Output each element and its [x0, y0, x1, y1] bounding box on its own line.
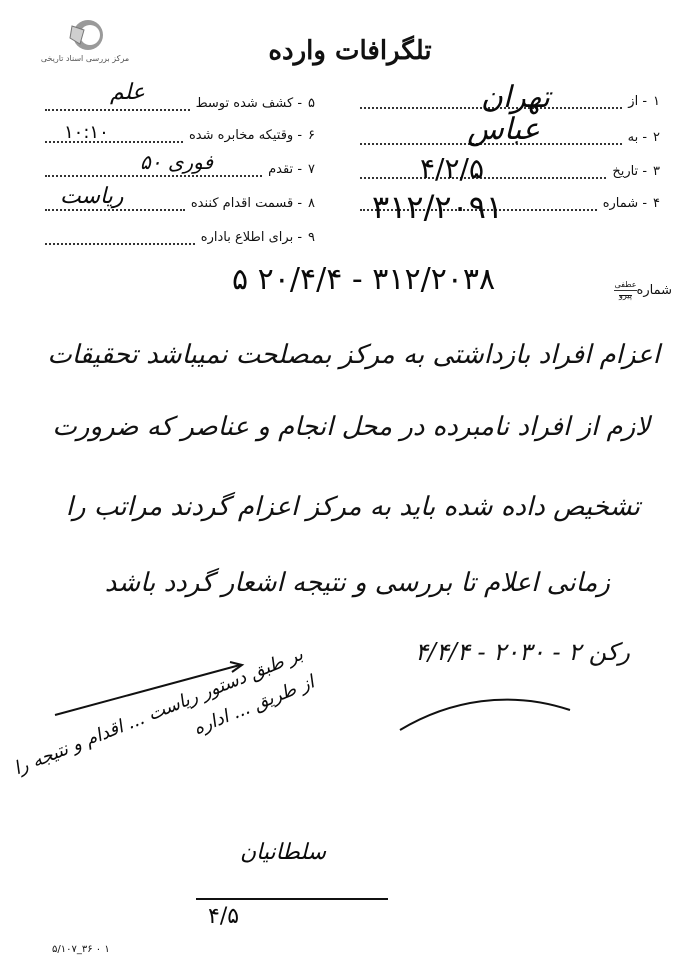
field-value-line — [45, 231, 195, 245]
field-number: ۸ — [308, 196, 315, 211]
reference-label: شماره عطفی پیرو — [612, 280, 672, 301]
signature-name: سلطانیان — [240, 840, 326, 865]
page-fraction: ۴/۵ — [208, 904, 239, 929]
field-decoded-by: ۵ - کشف شده توسط — [45, 96, 315, 111]
field-date: ۳ - تاریخ — [360, 164, 660, 179]
field-label: قسمت اقدام کننده — [191, 196, 293, 211]
field-from-value: تهران — [481, 80, 550, 115]
field-date-value: ۴/۲/۵ — [420, 152, 484, 185]
document-title: تلگرافات وارده — [0, 36, 700, 66]
margin-arrow — [50, 660, 250, 720]
field-to-value: عباس — [467, 112, 540, 147]
field-number-value: ۳۱۲/۲۰۹۱ — [372, 188, 503, 226]
field-priority-value: فوری ۵۰ — [140, 150, 213, 174]
field-transmitted-time-value: ۱۰:۱۰ — [64, 122, 109, 143]
archive-code: ۵/۱۰۷_۳۶ ۰ ۱ — [52, 944, 110, 955]
reference-fraction: عطفی پیرو — [614, 280, 636, 301]
field-number: ۶ — [308, 128, 315, 143]
body-line: تشخیص داده شده باید به مرکز اعزام گردند … — [66, 492, 640, 522]
reference-fraction-top: عطفی — [614, 280, 636, 291]
body-line: اعزام افراد بازداشتی به مرکز بمصلحت نمیب… — [47, 340, 660, 370]
field-label: وقتیکه مخابره شده — [189, 128, 293, 143]
field-number: ۲ — [653, 130, 660, 145]
body-line: زمانی اعلام تا بررسی و نتیجه اشعار گردد … — [105, 568, 610, 598]
field-label: تقدم — [268, 162, 293, 177]
field-number: ۱ — [653, 94, 660, 109]
field-label: کشف شده توسط — [196, 96, 294, 111]
reference-label-text: شماره — [637, 283, 672, 298]
field-label: به — [628, 130, 639, 145]
field-action-section-value: ریاست — [60, 184, 124, 209]
field-decoded-by-value: علم — [110, 80, 145, 105]
signature-line — [196, 898, 388, 900]
field-number: ۷ — [308, 162, 315, 177]
field-number: ۵ — [308, 96, 315, 111]
body-closing: رکن ۲ - ۲۰۳۰ - ۴/۴/۴ — [415, 638, 630, 666]
closing-flourish — [390, 680, 580, 740]
field-label: برای اطلاع باداره — [201, 230, 293, 245]
field-label: تاریخ — [612, 164, 638, 179]
field-label: از — [628, 94, 638, 109]
field-number: ۳ — [653, 164, 660, 179]
field-label: شماره — [603, 196, 638, 211]
body-line: لازم از افراد نامبرده در محل انجام و عنا… — [52, 412, 650, 442]
field-number: ۹ — [308, 230, 315, 245]
field-number: ۴ — [653, 196, 660, 211]
reference-fraction-bottom: پیرو — [614, 291, 636, 301]
field-for-information: ۹ - برای اطلاع باداره — [45, 230, 315, 245]
reference-value: ۳۱۲/۲۰۳۸ - ۲۰/۴/۴ ۵ — [232, 262, 495, 297]
